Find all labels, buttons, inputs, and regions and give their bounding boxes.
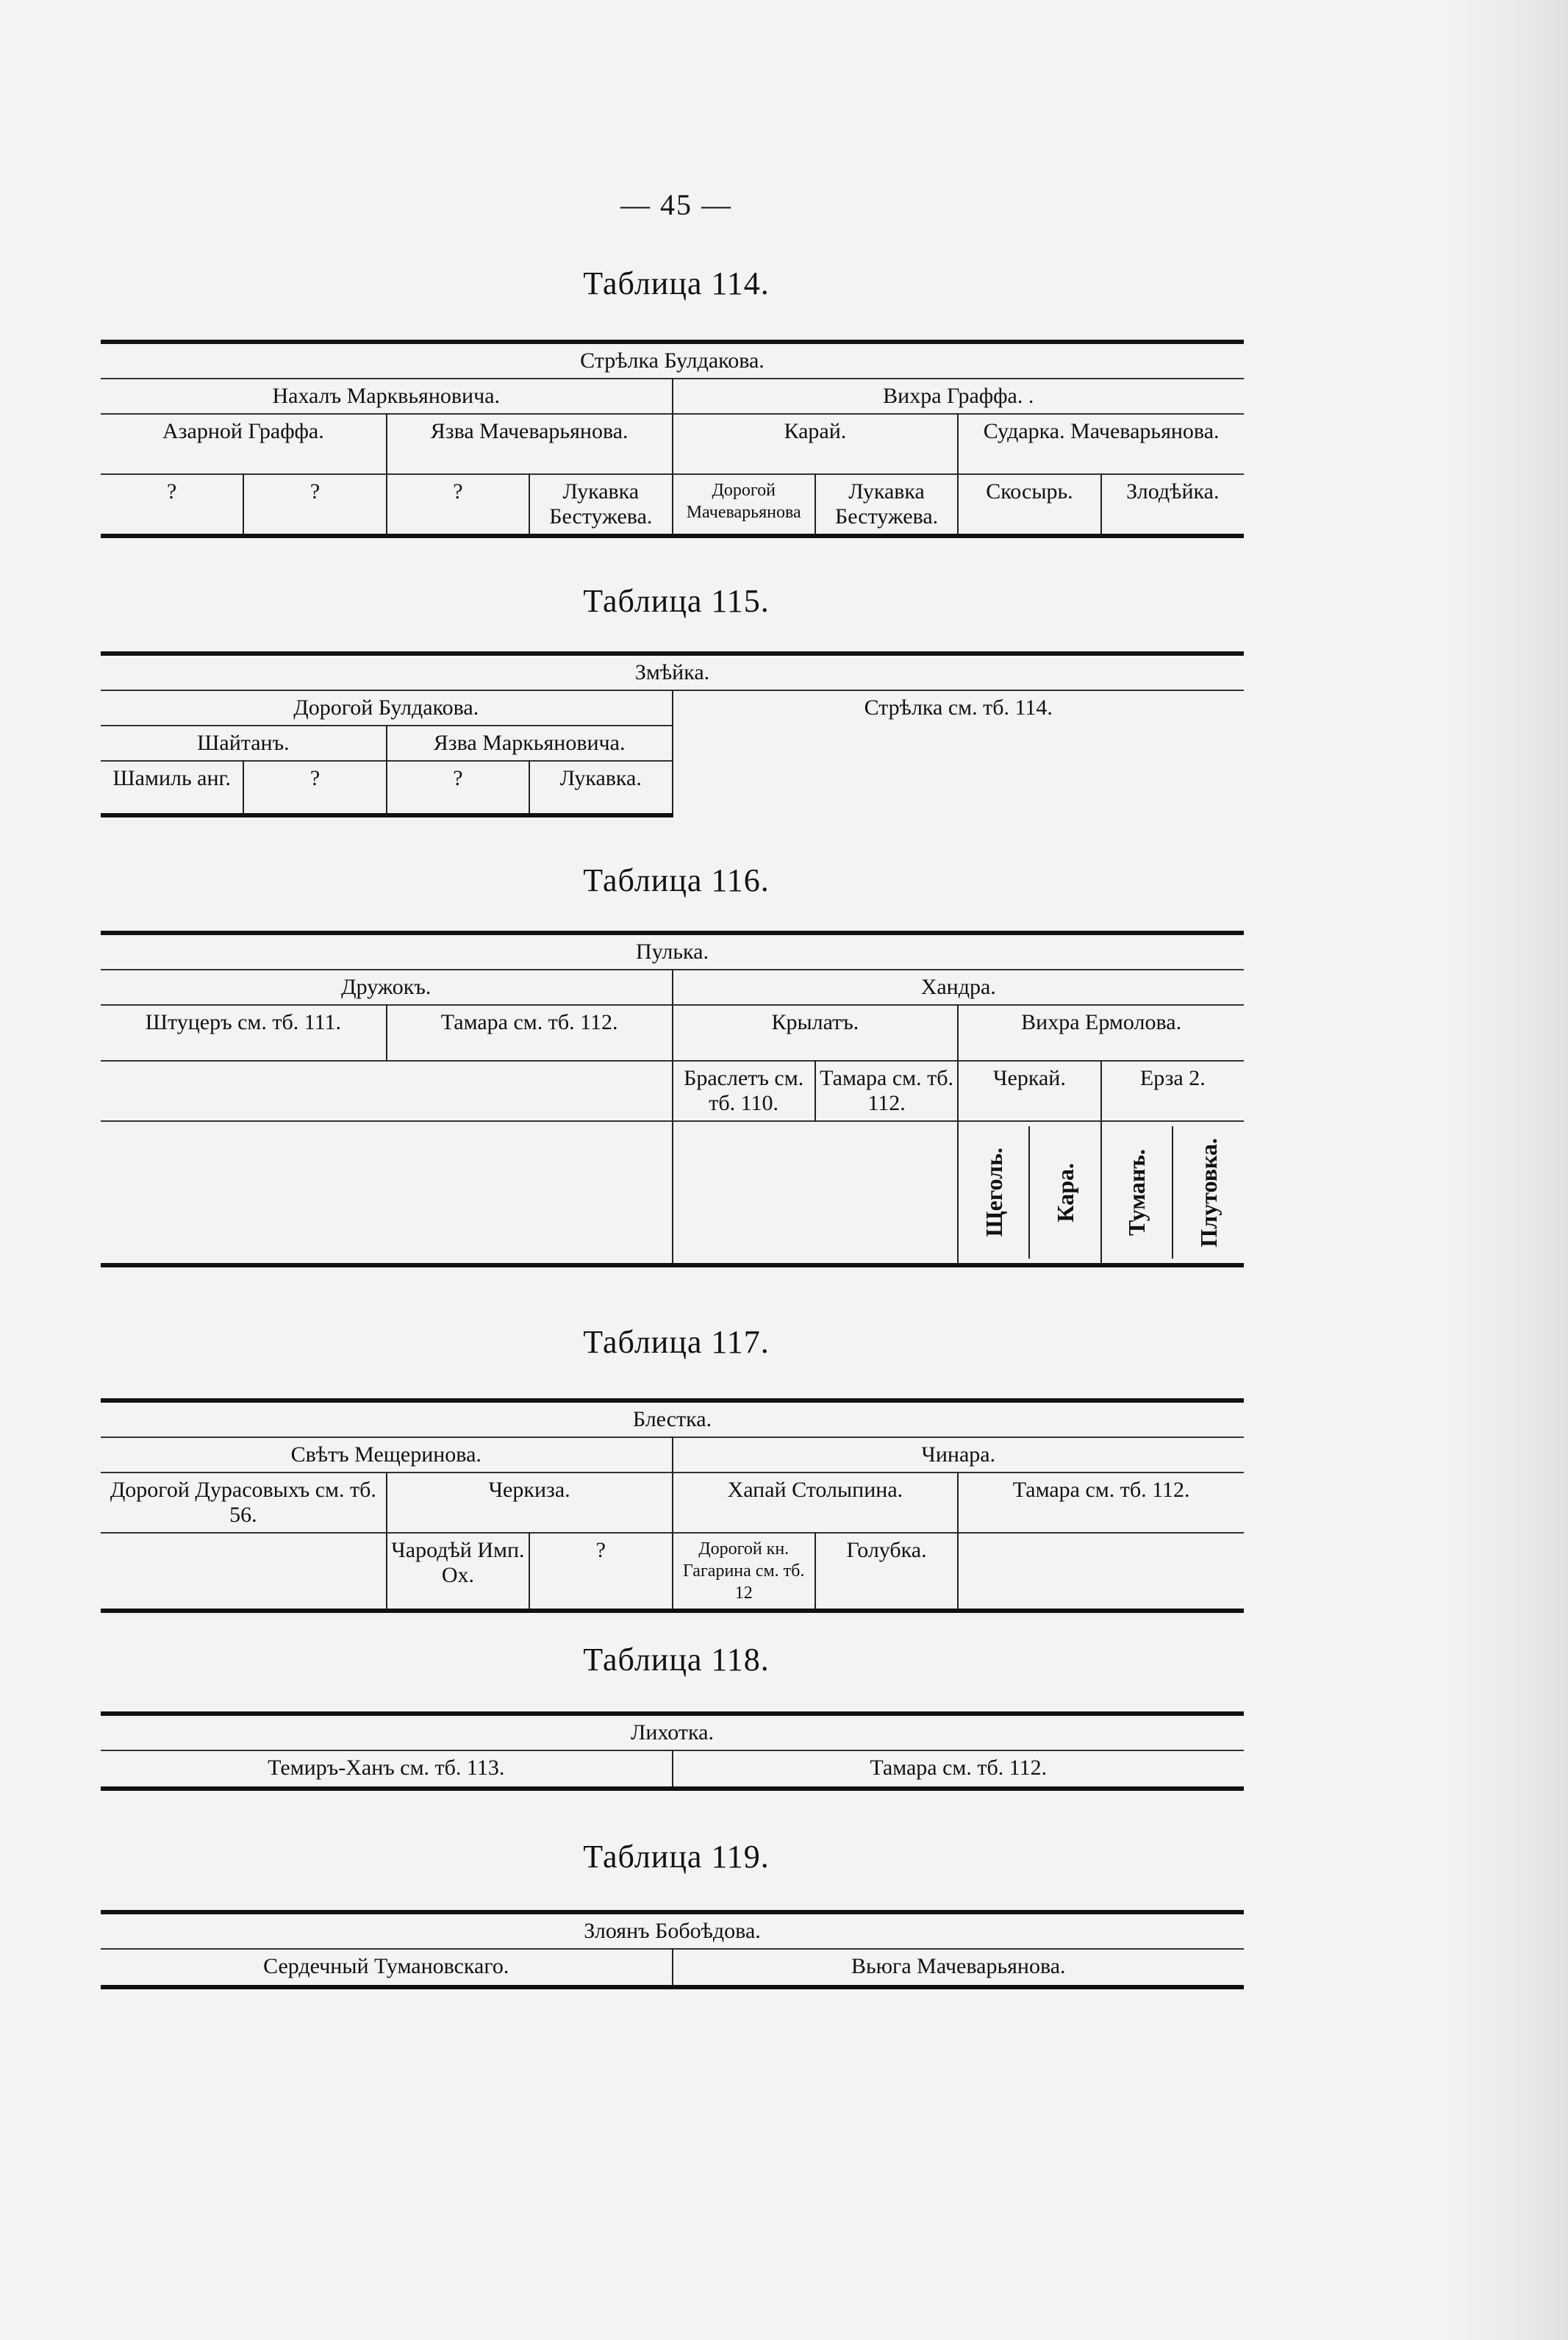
dam-sire-cell: Карай.: [673, 414, 959, 474]
dam-cell: Хандра.: [673, 970, 1245, 1005]
sire-dam-cell: Тамара см. тб. 112.: [387, 1005, 673, 1061]
dam-dam-cell: Сударка. Мачеварьянова.: [958, 414, 1244, 474]
root-cell: Змѣйка.: [101, 654, 1244, 690]
sire-cell: Дружокъ.: [101, 970, 673, 1005]
sire-sire-cell: Шайтанъ.: [101, 726, 387, 761]
dam-sire-cell: Хапай Столыпина.: [673, 1473, 959, 1533]
ggp-cell: Скосырь.: [958, 474, 1100, 536]
ggp-cell: Чародѣй Имп. Ох.: [387, 1533, 529, 1611]
ggp-cell: Ерза 2.: [1101, 1061, 1244, 1121]
gen5-name: Туманъ.: [1124, 1149, 1149, 1236]
empty-cell: [101, 1121, 673, 1265]
ggp-cell: Лукавка Бестужева.: [815, 474, 958, 536]
pedigree-table-119: Злоянъ Бобоѣдова. Сердечный Тумановскаго…: [101, 1910, 1244, 1989]
table-118-caption: Таблица 118.: [0, 1641, 1353, 1678]
table-115-caption: Таблица 115.: [0, 582, 1353, 620]
dam-cell: Вьюга Мачеварьянова.: [673, 1949, 1245, 1987]
table-117-caption: Таблица 117.: [0, 1323, 1353, 1361]
table-116-caption: Таблица 116.: [0, 862, 1353, 899]
dam-sire-cell: Крылатъ.: [673, 1005, 959, 1061]
sire-cell: Дорогой Булдакова.: [101, 690, 673, 726]
gen5-pair-cell: Туманъ. Плутовка.: [1101, 1121, 1244, 1265]
sire-sire-cell: Штуцеръ см. тб. 111.: [101, 1005, 387, 1061]
dam-cell: Тамара см. тб. 112.: [673, 1750, 1245, 1789]
pedigree-table-118: Лихотка. Темиръ-Ханъ см. тб. 113. Тамара…: [101, 1711, 1244, 1791]
ggp-cell: Тамара см. тб. 112.: [815, 1061, 958, 1121]
sire-dam-cell: Язва Мачеварьянова.: [387, 414, 673, 474]
sire-cell: Сердечный Тумановскаго.: [101, 1949, 673, 1987]
ggp-cell: ?: [243, 761, 386, 815]
pedigree-table-117: Блестка. Свѣтъ Мещеринова. Чинара. Дорог…: [101, 1398, 1244, 1613]
root-cell: Злоянъ Бобоѣдова.: [101, 1912, 1244, 1949]
ggp-cell: ?: [387, 474, 529, 536]
page-number: — 45 —: [0, 187, 1353, 222]
table-114-caption: Таблица 114.: [0, 265, 1353, 302]
pedigree-table-115: Змѣйка. Дорогой Булдакова. Стрѣлка см. т…: [101, 651, 1244, 817]
root-cell: Стрѣлка Булдакова.: [101, 342, 1244, 379]
ggp-cell: ?: [101, 474, 243, 536]
ggp-cell: Браслетъ см. тб. 110.: [673, 1061, 815, 1121]
sire-cell: Нахалъ Марквьяновича.: [101, 379, 673, 414]
gen5-pair-cell: Щеголь. Кара.: [958, 1121, 1100, 1265]
dam-dam-cell: Вихра Ермолова.: [958, 1005, 1244, 1061]
sire-cell: Темиръ-Ханъ см. тб. 113.: [101, 1750, 673, 1789]
dam-cell: Стрѣлка см. тб. 114.: [673, 690, 1245, 815]
empty-cell: [958, 1533, 1244, 1611]
root-cell: Лихотка.: [101, 1714, 1244, 1750]
root-cell: Блестка.: [101, 1400, 1244, 1437]
ggp-cell: Лукавка.: [529, 761, 672, 815]
dam-cell: Чинара.: [673, 1437, 1245, 1473]
ggp-cell: ?: [243, 474, 386, 536]
table-119-caption: Таблица 119.: [0, 1838, 1353, 1875]
ggp-cell: Черкай.: [958, 1061, 1100, 1121]
pedigree-table-116: Пулька. Дружокъ. Хандра. Штуцеръ см. тб.…: [101, 931, 1244, 1267]
ggp-cell: Злодѣйка.: [1101, 474, 1244, 536]
gen5-name: Плутовка.: [1196, 1138, 1221, 1248]
gen5-name: Кара.: [1053, 1163, 1078, 1223]
empty-cell: [673, 1121, 959, 1265]
empty-cell: [101, 1061, 673, 1121]
sire-sire-cell: Дорогой Дурасовыхъ см. тб. 56.: [101, 1473, 387, 1533]
ggp-cell: Лукавка Бестужева.: [529, 474, 672, 536]
sire-dam-cell: Черкиза.: [387, 1473, 673, 1533]
ggp-cell: Дорогой Мачеварьянова: [673, 474, 815, 536]
page-edge-shadow: [1450, 0, 1568, 2340]
root-cell: Пулька.: [101, 933, 1244, 970]
ggp-cell: Шамиль анг.: [101, 761, 243, 815]
ggp-cell: Дорогой кн. Гагарина см. тб. 12: [673, 1533, 815, 1611]
sire-dam-cell: Язва Маркьяновича.: [387, 726, 673, 761]
ggp-cell: Голубка.: [815, 1533, 958, 1611]
empty-cell: [101, 1533, 387, 1611]
ggp-cell: ?: [387, 761, 529, 815]
dam-cell: Вихра Граффа. .: [673, 379, 1245, 414]
sire-sire-cell: Азарной Граффа.: [101, 414, 387, 474]
dam-dam-cell: Тамара см. тб. 112.: [958, 1473, 1244, 1533]
sire-cell: Свѣтъ Мещеринова.: [101, 1437, 673, 1473]
pedigree-table-114: Стрѣлка Булдакова. Нахалъ Марквьяновича.…: [101, 340, 1244, 538]
ggp-cell: ?: [529, 1533, 672, 1611]
gen5-name: Щеголь.: [981, 1148, 1006, 1237]
